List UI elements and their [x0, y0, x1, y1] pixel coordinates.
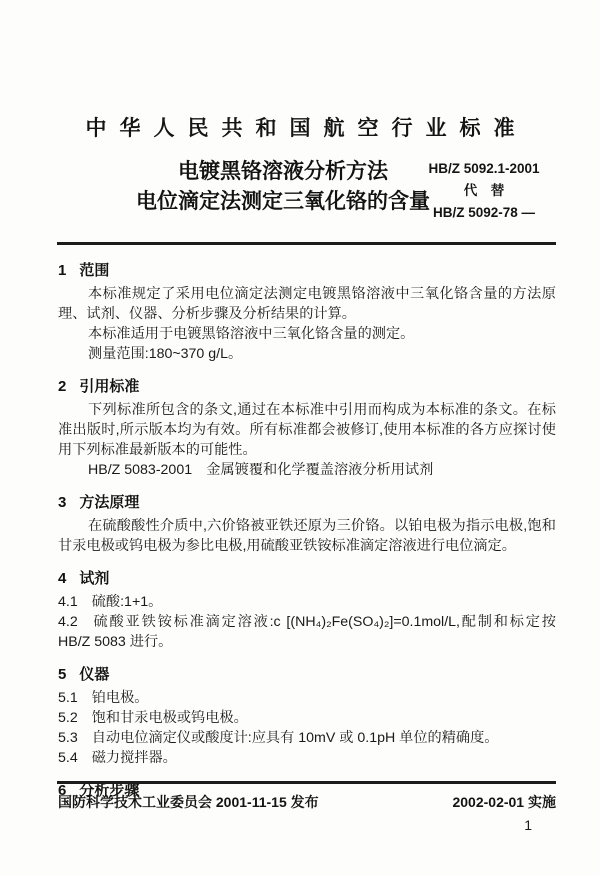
section-5-item-4: 5.4磁力搅拌器。 [58, 748, 556, 768]
section-4-item-2: 4.2硫酸亚铁铵标准滴定溶液:c [(NH₄)₂Fe(SO₄)₂]=0.1mol… [58, 612, 556, 652]
section-5-number: 5 [58, 666, 66, 684]
section-1-heading: 1范围 [58, 262, 556, 280]
section-3-title: 方法原理 [79, 494, 139, 511]
footer-row: 国防科学技术工业委员会 2001-11-15 发布 2002-02-01 实施 [58, 792, 556, 812]
section-2-reference: HB/Z 5083-2001 金属镀覆和化学覆盖溶液分析用试剂 [58, 460, 556, 480]
item-5-1-text: 铂电极。 [92, 690, 149, 706]
item-5-2-number: 5.2 [58, 708, 78, 728]
section-4-heading: 4试剂 [58, 570, 556, 588]
section-4-item-1: 4.1硫酸:1+1。 [58, 592, 556, 612]
document-title-block: 电镀黑铬溶液分析方法 电位滴定法测定三氧化铬的含量 HB/Z 5092.1-20… [0, 157, 600, 231]
section-3-number: 3 [58, 494, 66, 512]
section-5-title: 仪器 [79, 666, 109, 683]
section-5-item-2: 5.2饱和甘汞电极或钨电极。 [58, 708, 556, 728]
section-1-paragraph-3: 测量范围:180~370 g/L。 [58, 344, 556, 364]
section-2-paragraph-1: 下列标准所包含的条文,通过在本标准中引用而构成为本标准的条文。在标准出版时,所示… [58, 400, 556, 460]
item-5-1-number: 5.1 [58, 688, 78, 708]
item-5-3-text: 自动电位滴定仪或酸度计:应具有 10mV 或 0.1pH 单位的精确度。 [92, 730, 499, 746]
standard-number-block: HB/Z 5092.1-2001 代 替 HB/Z 5092-78 — [414, 158, 554, 224]
replaced-standard-number: HB/Z 5092-78 — [414, 202, 554, 224]
document-body: 1范围 本标准规定了采用电位滴定法测定电镀黑铬溶液中三氧化铬含量的方法原理、试剂… [58, 262, 556, 800]
item-5-4-text: 磁力搅拌器。 [92, 750, 177, 766]
section-3-paragraph-1: 在硫酸酸性介质中,六价铬被亚铁还原为三价铬。以铂电极为指示电极,饱和甘汞电极或钨… [58, 516, 556, 556]
item-4-1-text: 硫酸:1+1。 [92, 594, 163, 610]
standard-document-page: 中华人民共和国航空行业标准 电镀黑铬溶液分析方法 电位滴定法测定三氧化铬的含量 … [0, 0, 600, 876]
issue-info: 国防科学技术工业委员会 2001-11-15 发布 [58, 792, 319, 812]
item-5-4-number: 5.4 [58, 748, 78, 768]
section-2-title: 引用标准 [79, 378, 139, 395]
section-5-item-1: 5.1铂电极。 [58, 688, 556, 708]
section-4-title: 试剂 [79, 570, 109, 587]
section-4-number: 4 [58, 570, 66, 588]
standard-number: HB/Z 5092.1-2001 [414, 158, 554, 180]
section-1-paragraph-1: 本标准规定了采用电位滴定法测定电镀黑铬溶液中三氧化铬含量的方法原理、试剂、仪器、… [58, 284, 556, 324]
section-2-heading: 2引用标准 [58, 378, 556, 396]
section-2-number: 2 [58, 378, 66, 396]
document-footer: 国防科学技术工业委员会 2001-11-15 发布 2002-02-01 实施 … [58, 781, 556, 833]
item-4-2-text: 硫酸亚铁铵标准滴定溶液:c [(NH₄)₂Fe(SO₄)₂]=0.1mol/L,… [58, 614, 556, 650]
section-5-item-3: 5.3自动电位滴定仪或酸度计:应具有 10mV 或 0.1pH 单位的精确度。 [58, 728, 556, 748]
page-number: 1 [58, 817, 556, 833]
implement-info: 2002-02-01 实施 [452, 792, 556, 812]
section-1-number: 1 [58, 262, 66, 280]
section-3-heading: 3方法原理 [58, 494, 556, 512]
item-5-3-number: 5.3 [58, 728, 78, 748]
item-4-2-number: 4.2 [58, 612, 78, 632]
header-divider [57, 242, 556, 245]
section-1-paragraph-2: 本标准适用于电镀黑铬溶液中三氧化铬含量的测定。 [58, 324, 556, 344]
item-4-1-number: 4.1 [58, 592, 78, 612]
section-1-title: 范围 [79, 262, 109, 279]
replaces-label: 代 替 [414, 180, 554, 202]
footer-divider [57, 781, 556, 784]
item-5-2-text: 饱和甘汞电极或钨电极。 [92, 710, 248, 726]
section-5-heading: 5仪器 [58, 666, 556, 684]
standard-org-title: 中华人民共和国航空行业标准 [0, 0, 600, 142]
